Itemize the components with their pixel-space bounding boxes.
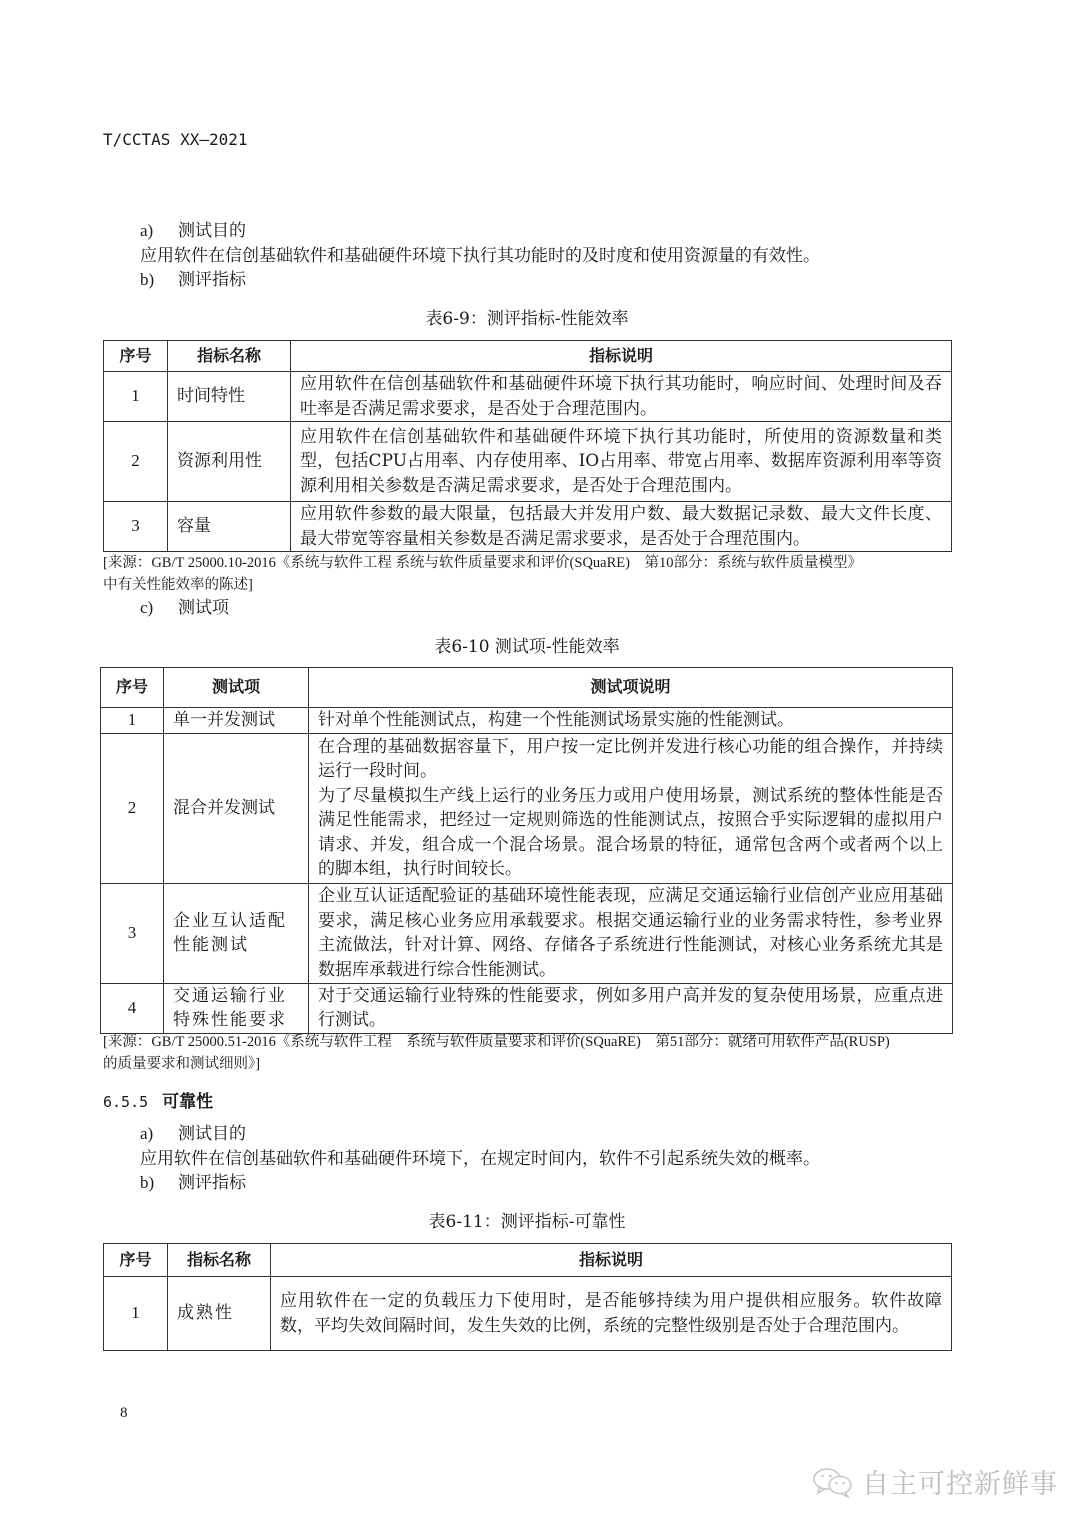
cell-desc: 应用软件在信创基础软件和基础硬件环境下执行其功能时，所使用的资源数量和类型，包括… [291,422,952,502]
item-a-heading: a)测试目的 [140,1122,246,1146]
table-caption: 表6-10 测试项-性能效率 [0,632,1054,657]
perf-purpose-text: 应用软件在信创基础软件和基础硬件环境下执行其功能时的及时度和使用资源量的有效性。 [140,244,820,268]
table-row: 2 混合并发测试 在合理的基础数据容量下，用户按一定比例并发进行核心功能的组合操… [101,733,953,883]
header-desc: 指标说明 [291,341,952,372]
desc-paragraph: 为了尽量模拟生产线上运行的业务压力或用户使用场景，测试系统的整体性能是否满足性能… [318,784,943,882]
table-source-note: [来源：GB/T 25000.51-2016《系统与软件工程 系统与软件质量要求… [103,1031,958,1075]
watermark: 自主可控新鲜事 [812,1462,1058,1501]
table-header-row: 序号 测试项 测试项说明 [101,668,953,708]
cell-no: 2 [101,733,164,883]
item-marker: b) [140,268,178,292]
cell-no: 1 [101,708,164,734]
cell-name: 企业互认适配性能测试 [164,883,309,983]
cell-desc: 在合理的基础数据容量下，用户按一定比例并发进行核心功能的组合操作，并持续运行一段… [309,733,953,883]
item-b-heading: b)测评指标 [140,268,246,292]
cell-no: 1 [104,1277,168,1351]
item-label: 测试目的 [178,1124,246,1144]
table-row: 3 容量 应用软件参数的最大限量，包括最大并发用户数、最大数据记录数、最大文件长… [104,502,952,552]
item-label: 测评指标 [178,270,246,290]
page-number: 8 [120,1405,128,1422]
item-label: 测试目的 [178,221,246,241]
table-caption: 表6-9：测评指标-性能效率 [0,304,1054,329]
cell-no: 3 [101,883,164,983]
section-heading: 6.5.5可靠性 [103,1087,213,1112]
item-b-heading: b)测评指标 [140,1171,246,1195]
cell-name: 成熟性 [168,1277,271,1351]
cell-name: 资源利用性 [168,422,291,502]
source-line: [来源：GB/T 25000.10-2016《系统与软件工程 系统与软件质量要求… [103,552,958,574]
cell-name: 时间特性 [168,372,291,422]
header-name: 指标名称 [168,1244,271,1277]
table-row: 1 单一并发测试 针对单个性能测试点，构建一个性能测试场景实施的性能测试。 [101,708,953,734]
cell-desc: 应用软件在信创基础软件和基础硬件环境下执行其功能时，响应时间、处理时间及吞吐率是… [291,372,952,422]
table-header-row: 序号 指标名称 指标说明 [104,341,952,372]
wechat-icon [812,1466,854,1498]
header-desc: 指标说明 [271,1244,952,1277]
table-row: 3 企业互认适配性能测试 企业互认证适配验证的基础环境性能表现，应满足交通运输行… [101,883,953,983]
reliability-purpose-text: 应用软件在信创基础软件和基础硬件环境下，在规定时间内，软件不引起系统失效的概率。 [140,1147,820,1171]
cell-name: 混合并发测试 [164,733,309,883]
header-no: 序号 [101,668,164,708]
cell-desc: 企业互认证适配验证的基础环境性能表现，应满足交通运输行业信创产业应用基础要求，满… [309,883,953,983]
cell-no: 2 [104,422,168,502]
table-source-note: [来源：GB/T 25000.10-2016《系统与软件工程 系统与软件质量要求… [103,552,958,596]
cell-no: 3 [104,502,168,552]
cell-no: 1 [104,372,168,422]
table-row: 4 交通运输行业特殊性能要求 对于交通运输行业特殊的性能要求，例如多用户高并发的… [101,983,953,1033]
item-marker: a) [140,219,178,243]
header-desc: 测试项说明 [309,668,953,708]
item-a-heading: a)测试目的 [140,219,246,243]
item-label: 测试项 [178,598,229,618]
item-marker: c) [140,596,178,620]
watermark-text: 自主可控新鲜事 [862,1462,1058,1501]
document-code: T/CCTAS XX—2021 [103,130,248,149]
desc-paragraph: 在合理的基础数据容量下，用户按一定比例并发进行核心功能的组合操作，并持续运行一段… [318,735,943,784]
cell-name: 交通运输行业特殊性能要求 [164,983,309,1033]
header-test-item: 测试项 [164,668,309,708]
section-title: 可靠性 [162,1092,213,1112]
table-header-row: 序号 指标名称 指标说明 [104,1244,952,1277]
cell-name: 容量 [168,502,291,552]
item-marker: b) [140,1171,178,1195]
section-number: 6.5.5 [103,1093,148,1111]
cell-desc: 应用软件参数的最大限量，包括最大并发用户数、最大数据记录数、最大文件长度、最大带… [291,502,952,552]
item-label: 测评指标 [178,1173,246,1193]
header-no: 序号 [104,1244,168,1277]
cell-desc: 针对单个性能测试点，构建一个性能测试场景实施的性能测试。 [309,708,953,734]
table-row: 2 资源利用性 应用软件在信创基础软件和基础硬件环境下执行其功能时，所使用的资源… [104,422,952,502]
source-line: [来源：GB/T 25000.51-2016《系统与软件工程 系统与软件质量要求… [103,1031,958,1053]
table-row: 1 成熟性 应用软件在一定的负载压力下使用时，是否能够持续为用户提供相应服务。软… [104,1277,952,1351]
cell-desc: 应用软件在一定的负载压力下使用时，是否能够持续为用户提供相应服务。软件故障数，平… [271,1277,952,1351]
cell-name: 单一并发测试 [164,708,309,734]
item-marker: a) [140,1122,178,1146]
cell-desc: 对于交通运输行业特殊的性能要求，例如多用户高并发的复杂使用场景，应重点进行测试。 [309,983,953,1033]
item-c-heading: c)测试项 [140,596,229,620]
source-line: 中有关性能效率的陈述] [103,574,958,596]
table-caption: 表6-11：测评指标-可靠性 [0,1207,1054,1232]
source-line: 的质量要求和测试细则》] [103,1053,958,1075]
perf-metrics-table: 序号 指标名称 指标说明 1 时间特性 应用软件在信创基础软件和基础硬件环境下执… [103,340,952,552]
cell-no: 4 [101,983,164,1033]
perf-test-items-table: 序号 测试项 测试项说明 1 单一并发测试 针对单个性能测试点，构建一个性能测试… [100,667,953,1034]
reliability-metrics-table: 序号 指标名称 指标说明 1 成熟性 应用软件在一定的负载压力下使用时，是否能够… [103,1243,952,1351]
table-row: 1 时间特性 应用软件在信创基础软件和基础硬件环境下执行其功能时，响应时间、处理… [104,372,952,422]
header-name: 指标名称 [168,341,291,372]
header-no: 序号 [104,341,168,372]
